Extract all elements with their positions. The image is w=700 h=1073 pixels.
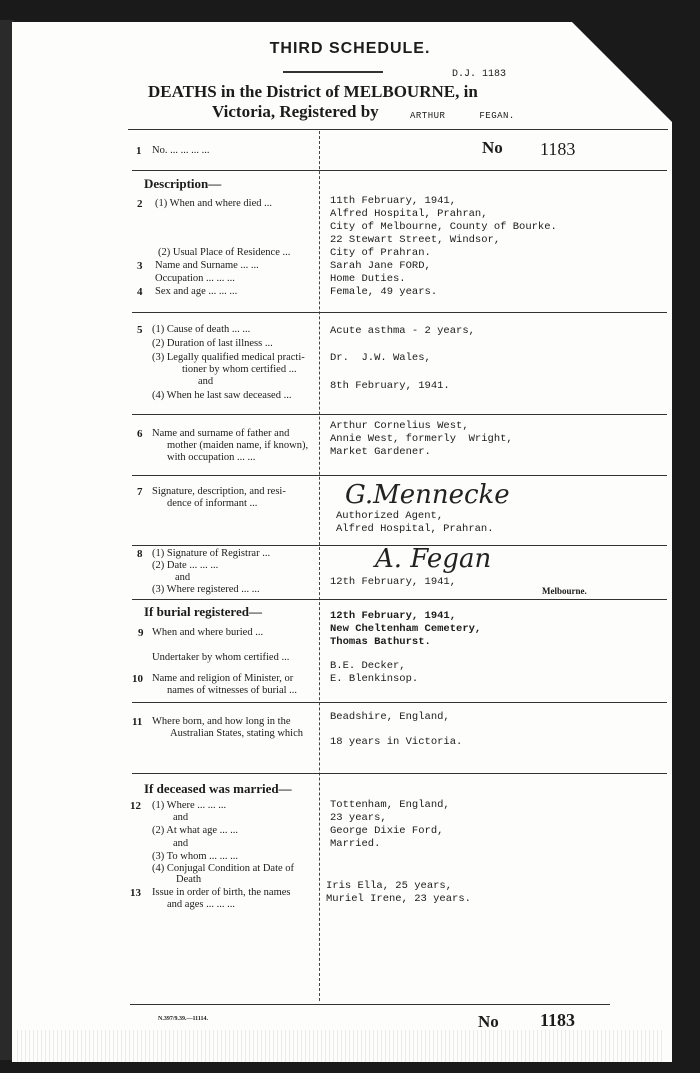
certifying-doctor: Dr. J.W. Wales, — [330, 352, 431, 365]
field-label: (4) When he last saw deceased ... — [152, 390, 291, 402]
rule — [132, 414, 667, 415]
field-label: with occupation ... ... — [167, 452, 255, 464]
parents: Arthur Cornelius West, Annie West, forme… — [330, 420, 513, 459]
field-label: When and where buried ... — [152, 627, 263, 639]
number-symbol: No — [482, 138, 503, 158]
field-label: (1) When and where died ... — [155, 198, 272, 210]
field-label: Signature, description, and resi- — [152, 486, 286, 498]
field-label: tioner by whom certified ... — [182, 364, 297, 376]
field-label: names of witnesses of burial ... — [167, 685, 297, 697]
residence-duration: 18 years in Victoria. — [330, 736, 462, 749]
rule — [132, 773, 667, 774]
field-number: 6 — [137, 428, 143, 440]
birthplace: Beadshire, England, — [330, 711, 450, 724]
heading-line-2: Victoria, Registered by — [212, 102, 379, 122]
registration-place: Melbourne. — [542, 586, 587, 596]
field-number: 9 — [138, 627, 144, 639]
last-seen-date: 8th February, 1941. — [330, 380, 450, 393]
registered-by: ARTHURFEGAN. — [410, 110, 549, 123]
registrar-first-name: ARTHUR — [410, 111, 445, 121]
field-label: (3) To whom ... ... ... — [152, 851, 238, 863]
witnesses: E. Blenkinsop. — [330, 673, 418, 686]
field-number: 7 — [137, 486, 143, 498]
field-label: (3) Where registered ... ... — [152, 584, 260, 596]
rule — [132, 475, 667, 476]
field-label: Name and religion of Minister, or — [152, 673, 293, 685]
form-code: N.397/9.39.—11114. — [158, 1016, 208, 1022]
section-married: If deceased was married— — [144, 781, 292, 797]
section-description: Description— — [144, 176, 221, 192]
rule — [130, 1004, 610, 1005]
certificate-page — [12, 22, 672, 1062]
informant-signature: G.Mennecke — [345, 480, 510, 510]
field-label: Name and surname of father and — [152, 428, 289, 440]
burial-details: 12th February, 1941, New Cheltenham Ceme… — [330, 610, 481, 649]
field-label: (2) Duration of last illness ... — [152, 338, 273, 350]
field-label: and — [175, 572, 190, 584]
heading-line-1: DEATHS in the District of MELBOURNE, in — [148, 82, 478, 102]
field-number: 10 — [132, 673, 143, 685]
issue-children: Iris Ella, 25 years, Muriel Irene, 23 ye… — [326, 880, 471, 906]
field-number: 12 — [130, 800, 141, 812]
field-label: and ages ... ... ... — [167, 899, 235, 911]
rule — [128, 129, 668, 130]
field-label: (2) Date ... ... ... — [152, 560, 218, 572]
field-label: Where born, and how long in the — [152, 716, 291, 728]
deceased-name: Sarah Jane FORD, — [330, 260, 431, 273]
field-label: Sex and age ... ... ... — [155, 286, 237, 298]
field-label: Issue in order of birth, the names — [152, 887, 291, 899]
footer-number-symbol: No — [478, 1012, 499, 1032]
field-label: (1) Cause of death ... ... — [152, 324, 250, 336]
field-label: Occupation ... ... ... — [155, 273, 235, 285]
rule — [132, 599, 667, 600]
field-label: and — [173, 838, 188, 850]
field-label: Undertaker by whom certified ... — [152, 652, 289, 664]
field-number: 1 — [136, 145, 142, 157]
field-label: (1) Where ... ... ... — [152, 800, 226, 812]
field-number: 5 — [137, 324, 143, 336]
informant-description: Authorized Agent, Alfred Hospital, Prahr… — [336, 510, 494, 536]
field-label: No. ... ... ... ... — [152, 145, 209, 157]
cause-of-death: Acute asthma - 2 years, — [330, 325, 475, 338]
rule — [132, 170, 667, 171]
field-label: (1) Signature of Registrar ... — [152, 548, 270, 560]
title-rule — [283, 71, 383, 73]
field-label: mother (maiden name, if known), — [167, 440, 308, 452]
undertaker: B.E. Decker, — [330, 660, 406, 673]
field-number: 13 — [130, 887, 141, 899]
field-number: 8 — [137, 548, 143, 560]
scan-noise — [14, 1030, 664, 1062]
field-number: 2 — [137, 198, 143, 210]
rule — [132, 312, 667, 313]
reference-number: D.J. 1183 — [452, 68, 506, 81]
sex-age: Female, 49 years. — [330, 286, 437, 299]
column-divider — [319, 131, 320, 1001]
field-label: (3) Legally qualified medical practi- — [152, 352, 305, 364]
registrar-signature: A. Fegan — [375, 544, 491, 574]
field-label: (2) At what age ... ... — [152, 825, 238, 837]
entry-number: 1183 — [540, 139, 575, 160]
marriage-details: Tottenham, England, 23 years, George Dix… — [330, 799, 450, 851]
field-label: Australian States, stating which — [170, 728, 303, 740]
field-label: Name and Surname ... ... — [155, 260, 259, 272]
section-burial: If burial registered— — [144, 604, 262, 620]
field-number: 3 — [137, 260, 143, 272]
schedule-title: THIRD SCHEDULE. — [0, 40, 700, 58]
field-label: (4) Conjugal Condition at Date of — [152, 863, 294, 875]
field-label: Death — [176, 874, 201, 886]
field-number: 4 — [137, 286, 143, 298]
footer-entry-number: 1183 — [540, 1010, 575, 1031]
field-label: and — [198, 376, 213, 388]
registrar-last-name: FEGAN. — [479, 111, 514, 121]
field-label: (2) Usual Place of Residence ... — [158, 247, 290, 259]
folded-corner — [572, 22, 672, 122]
registration-date: 12th February, 1941, — [330, 576, 456, 589]
rule — [132, 702, 667, 703]
death-date-place: 11th February, 1941, Alfred Hospital, Pr… — [330, 195, 557, 260]
field-label: dence of informant ... — [167, 498, 257, 510]
field-number: 11 — [132, 716, 142, 728]
field-label: and — [173, 812, 188, 824]
occupation: Home Duties. — [330, 273, 406, 286]
